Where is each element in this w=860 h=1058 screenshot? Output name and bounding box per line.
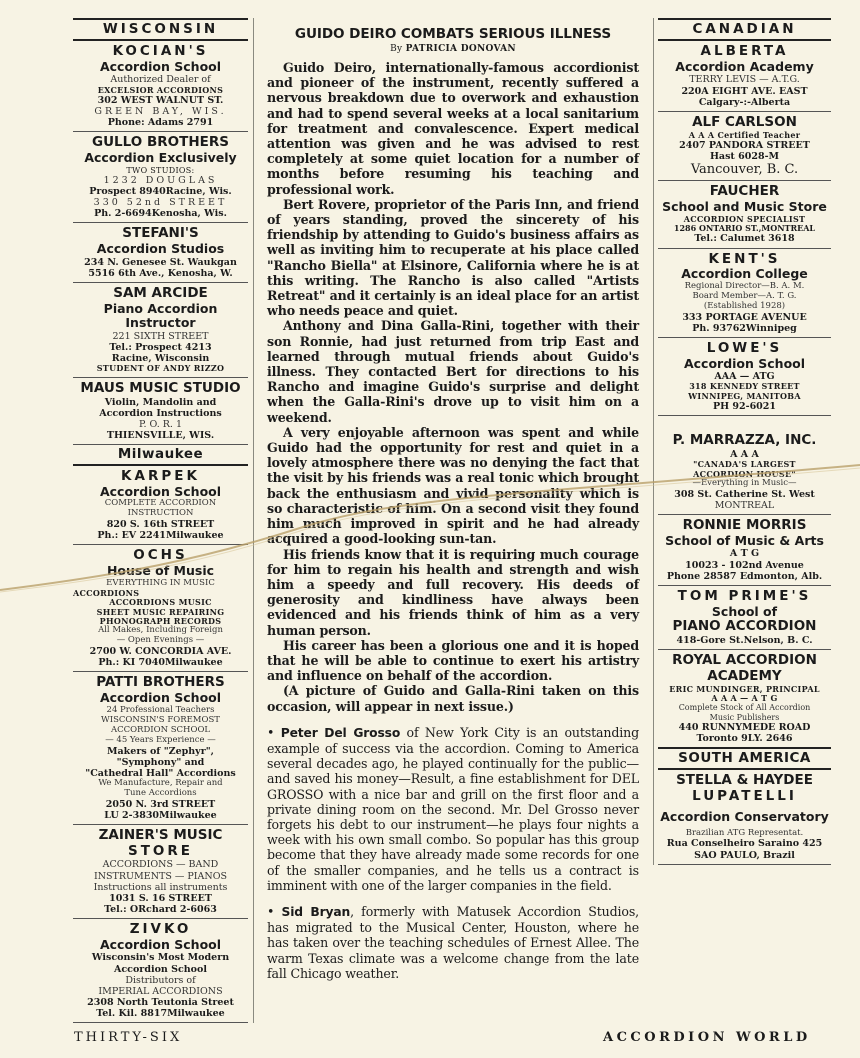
canadian-directory-column: CANADIAN ALBERTA Accordion Academy TERRY…: [658, 18, 831, 865]
ad-gullo-brothers: GULLO BROTHERS Accordion Exclusively TWO…: [73, 132, 248, 223]
publication-name: ACCORDION WORLD: [603, 1030, 811, 1045]
ad-tom-primes: TOM PRIME'S School of PIANO ACCORDION 41…: [658, 586, 831, 650]
ad-kocians: KOCIAN'S Accordion School Authorized Dea…: [73, 41, 248, 132]
section-heading-canadian: CANADIAN: [658, 18, 831, 41]
ad-karpek: KARPEK Accordion School COMPLETE ACCORDI…: [73, 466, 248, 546]
ad-maus-music-studio: MAUS MUSIC STUDIO Violin, Mandolin and A…: [73, 378, 248, 445]
ad-alf-carlson: ALF CARLSON A A A Certified Teacher 2407…: [658, 112, 831, 182]
ad-p-marrazza: P. MARRAZZA, INC. A A A "CANADA'S LARGES…: [658, 430, 831, 515]
article-paragraph: Guido Deiro, internationally-famous acco…: [267, 60, 639, 197]
article-paragraph: His career has been a glorious one and i…: [267, 638, 639, 684]
ad-lowes: LOWE'S Accordion School AAA — ATG 318 KE…: [658, 338, 831, 416]
article-paragraph: Bert Rovere, proprietor of the Paris Inn…: [267, 197, 639, 319]
ad-ronnie-morris: RONNIE MORRIS School of Music & Arts A T…: [658, 515, 831, 586]
ad-kents-college: KENT'S Accordion College Regional Direct…: [658, 249, 831, 338]
ad-zainers-music-store: ZAINER'S MUSIC STORE ACCORDIONS — BAND I…: [73, 825, 248, 919]
ad-patti-brothers: PATTI BROTHERS Accordion School 24 Profe…: [73, 672, 248, 825]
ad-ochs-house-of-music: OCHS House of Music EVERYTHING IN MUSIC …: [73, 545, 248, 672]
magazine-page: WISCONSIN KOCIAN'S Accordion School Auth…: [0, 0, 860, 1058]
ad-sam-arcide: SAM ARCIDE Piano Accordion Instructor 22…: [73, 283, 248, 378]
wisconsin-directory-column: WISCONSIN KOCIAN'S Accordion School Auth…: [73, 18, 248, 1023]
article-paragraph: Anthony and Dina Galla-Rini, together wi…: [267, 318, 639, 424]
article-note: (A picture of Guido and Galla-Rini taken…: [267, 683, 639, 713]
article: GUIDO DEIRO COMBATS SERIOUS ILLNESS By P…: [267, 26, 639, 981]
ad-stefanis: STEFANI'S Accordion Studios 234 N. Genes…: [73, 223, 248, 283]
article-paragraph: A very enjoyable afternoon was spent and…: [267, 425, 639, 547]
article-headline: GUIDO DEIRO COMBATS SERIOUS ILLNESS: [267, 26, 639, 42]
article-paragraph: His friends know that it is requiring mu…: [267, 547, 639, 638]
section-heading-wisconsin: WISCONSIN: [73, 18, 248, 41]
ad-faucher: FAUCHER School and Music Store ACCORDION…: [658, 181, 831, 248]
ad-zivko: ZIVKO Accordion School Wisconsin's Most …: [73, 919, 248, 1023]
page-number: THIRTY-SIX: [74, 1030, 182, 1045]
section-heading-south-america: SOUTH AMERICA: [658, 747, 831, 770]
subsection-heading-milwaukee: Milwaukee: [73, 445, 248, 466]
ad-royal-accordion-academy: ROYAL ACCORDION ACADEMY ERIC MUNDINGER, …: [658, 650, 831, 747]
article-byline: By PATRICIA DONOVAN: [267, 44, 639, 54]
news-item-sid-bryan: • Sid Bryan, formerly with Matusek Accor…: [267, 904, 639, 981]
news-item-peter-del-grosso: • Peter Del Grosso of New York City is a…: [267, 725, 639, 893]
ad-alberta-academy: ALBERTA Accordion Academy TERRY LEVIS — …: [658, 41, 831, 112]
ad-lupatelli-conservatory: STELLA & HAYDEE LUPATELLI Accordion Cons…: [658, 770, 831, 864]
